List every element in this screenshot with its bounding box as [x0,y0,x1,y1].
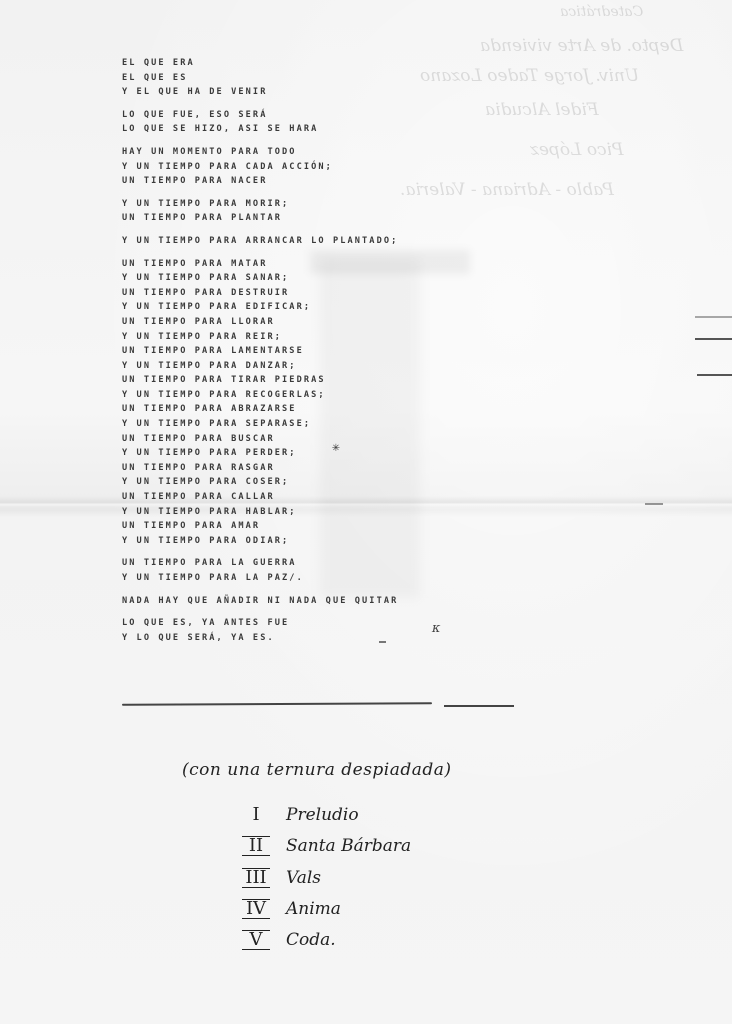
typed-poem: EL QUE ERAEL QUE ESY EL QUE HA DE VENIRL… [122,56,398,645]
stanza-gap [122,189,398,197]
small-mark [379,641,386,643]
movement-numeral: I [242,804,270,825]
poem-line: Y UN TIEMPO PARA MORIR; [122,197,398,212]
poem-line: Y UN TIEMPO PARA CADA ACCIÓN; [122,160,398,175]
poem-line: Y LO QUE SERÁ, YA ES. [122,631,398,646]
poem-line: UN TIEMPO PARA TIRAR PIEDRAS [122,373,398,388]
poem-line: Y UN TIEMPO PARA ODIAR; [122,534,398,549]
poem-line: UN TIEMPO PARA CALLAR [122,490,398,505]
movement-numeral: V [242,930,270,950]
stanza-gap [122,226,398,234]
movement-numeral: II [242,836,270,856]
movement-item: IVAnima [242,899,341,919]
poem-line: Y UN TIEMPO PARA REIR; [122,330,398,345]
edge-mark [695,316,732,318]
movement-item: VCoda. [242,930,336,950]
star-annotation: ✳ [332,440,340,455]
poem-line: EL QUE ERA [122,56,398,71]
stanza-gap [122,249,398,257]
edge-mark [697,374,732,376]
bleed-through-line: Depto. de Arte vivienda [480,36,683,56]
movement-item: IPreludio [242,804,359,825]
poem-line: UN TIEMPO PARA DESTRUIR [122,286,398,301]
movement-name: Preludio [286,805,359,825]
edge-mark [645,503,663,505]
poem-line: EL QUE ES [122,71,398,86]
poem-line: UN TIEMPO PARA ABRAZARSE [122,402,398,417]
poem-line: LO QUE SE HIZO, ASI SE HARA [122,122,398,137]
movement-numeral: IV [242,899,270,919]
poem-line: UN TIEMPO PARA AMAR [122,519,398,534]
poem-line: UN TIEMPO PARA LA GUERRA [122,556,398,571]
bleed-through-line: Univ. Jorge Tadeo Lozano [420,66,639,86]
poem-line: Y UN TIEMPO PARA HABLAR; [122,505,398,520]
poem-line: UN TIEMPO PARA LAMENTARSE [122,344,398,359]
poem-line: Y UN TIEMPO PARA LA PAZ/. [122,571,398,586]
poem-line: Y UN TIEMPO PARA DANZAR; [122,359,398,374]
poem-line: NADA HAY QUE AÑADIR NI NADA QUE QUITAR [122,594,398,609]
horizontal-rule [444,705,514,707]
movement-name: Anima [286,899,341,919]
bleed-through-line: Pico López [530,140,623,160]
poem-line: Y UN TIEMPO PARA PERDER; [122,446,398,461]
poem-line: UN TIEMPO PARA MATAR [122,257,398,272]
poem-line: UN TIEMPO PARA RASGAR [122,461,398,476]
scanned-page: Catedrática Depto. de Arte vivienda Univ… [0,0,732,1024]
movement-name: Vals [286,868,321,888]
bleed-through-line: Catedrática [560,4,643,20]
poem-line: Y UN TIEMPO PARA ARRANCAR LO PLANTADO; [122,234,398,249]
edge-mark [695,338,732,340]
poem-line: Y UN TIEMPO PARA EDIFICAR; [122,300,398,315]
movement-name: Santa Bárbara [286,836,411,856]
poem-line: Y EL QUE HA DE VENIR [122,85,398,100]
stanza-gap [122,100,398,108]
poem-line: Y UN TIEMPO PARA SEPARASE; [122,417,398,432]
poem-line: HAY UN MOMENTO PARA TODO [122,145,398,160]
poem-line: LO QUE FUE, ESO SERÁ [122,108,398,123]
poem-line: LO QUE ES, YA ANTES FUE [122,616,398,631]
bleed-through-line: Pablo - Adriana - Valeria. [400,180,614,200]
movement-item: IISanta Bárbara [242,836,411,856]
movement-numeral: III [242,868,270,888]
poem-line: UN TIEMPO PARA BUSCAR [122,432,398,447]
movement-name: Coda. [286,930,336,950]
poem-line: Y UN TIEMPO PARA SANAR; [122,271,398,286]
stanza-gap [122,548,398,556]
poem-line: Y UN TIEMPO PARA COSER; [122,475,398,490]
poem-line: UN TIEMPO PARA NACER [122,174,398,189]
bleed-through-line: Fidel Alcudia [485,100,599,120]
handwritten-subtitle: (con una ternura despiadada) [182,760,452,780]
horizontal-rule [122,702,432,705]
check-annotation: ᴋ [432,621,440,636]
poem-line: UN TIEMPO PARA PLANTAR [122,211,398,226]
poem-line: Y UN TIEMPO PARA RECOGERLAS; [122,388,398,403]
stanza-gap [122,137,398,145]
movement-item: IIIVals [242,868,321,888]
stanza-gap [122,608,398,616]
stanza-gap [122,586,398,594]
poem-line: UN TIEMPO PARA LLORAR [122,315,398,330]
